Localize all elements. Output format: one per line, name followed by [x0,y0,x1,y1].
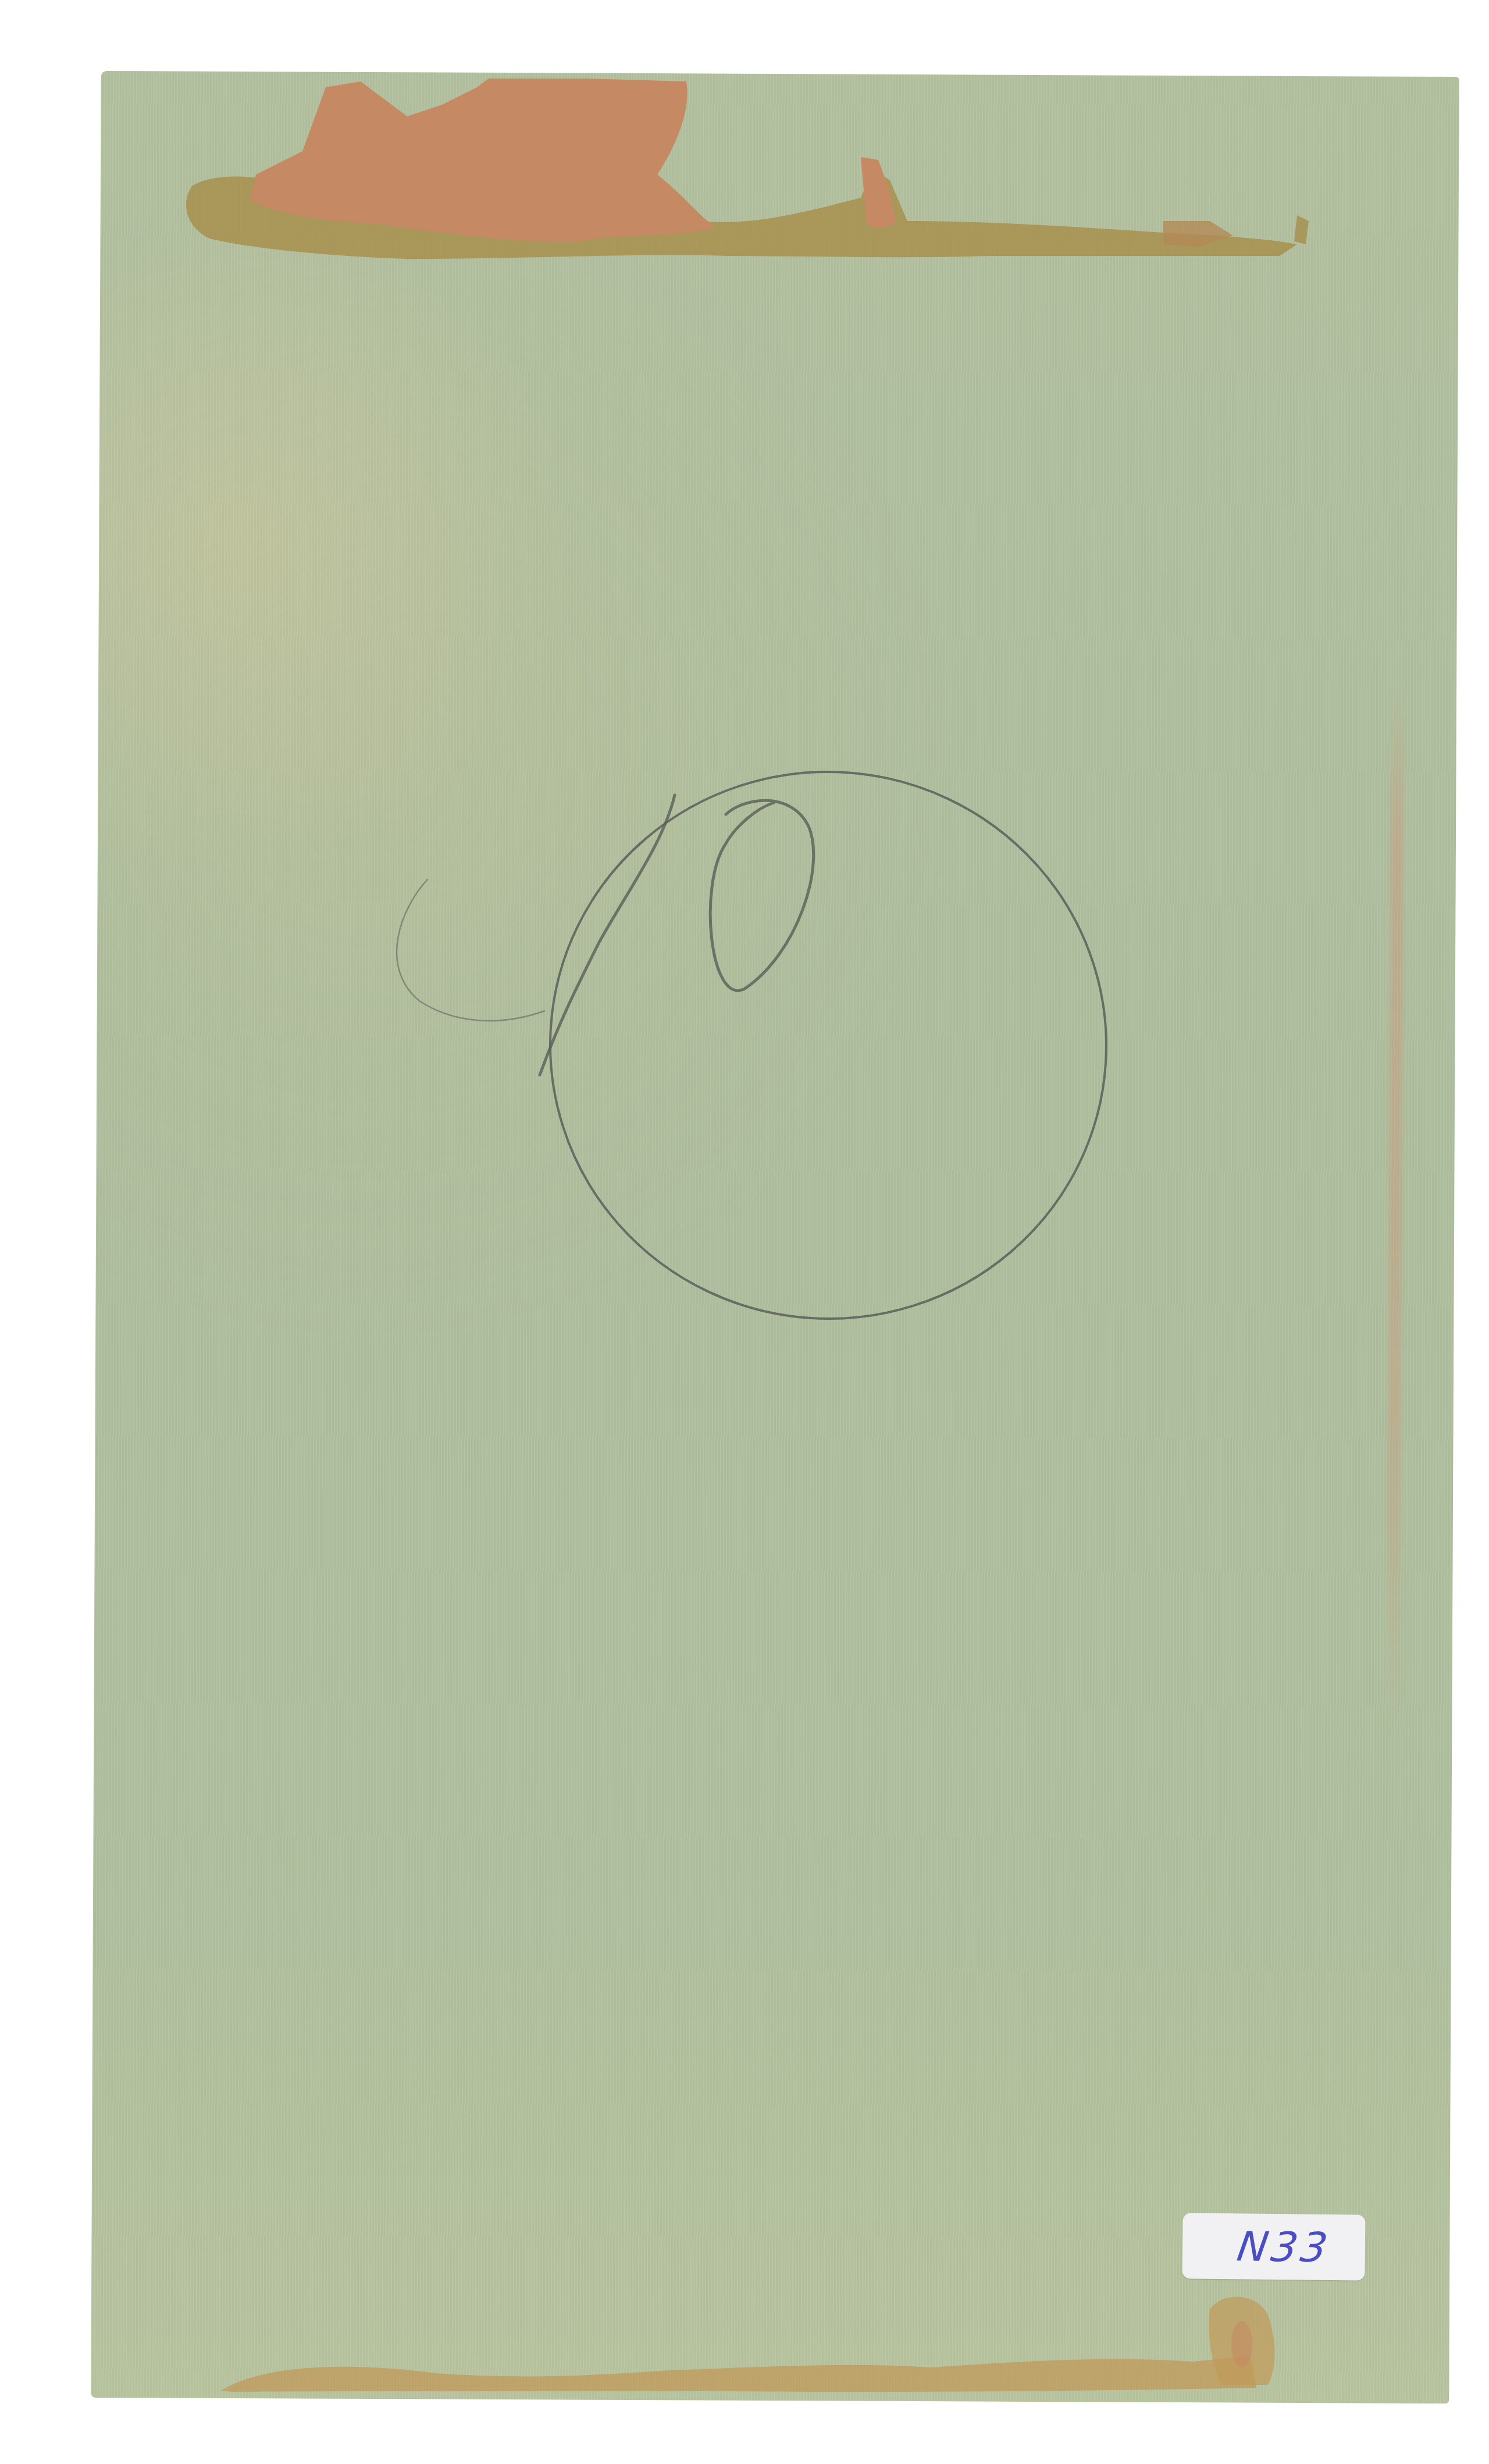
pencil-oval [532,753,1124,1337]
stains-and-pencil [0,0,1489,2464]
bottom-water-stain [221,2297,1275,2392]
pencil-stroke-tail [397,880,544,1021]
digit-one [540,795,675,1075]
pencil-annotation [397,753,1125,1337]
sticker-text: N33 [1234,2223,1334,2271]
inventory-sticker: N33 [1182,2213,1365,2280]
pencil-number: 10 [640,942,640,943]
digit-zero [710,800,814,991]
top-water-stain [186,79,1309,259]
